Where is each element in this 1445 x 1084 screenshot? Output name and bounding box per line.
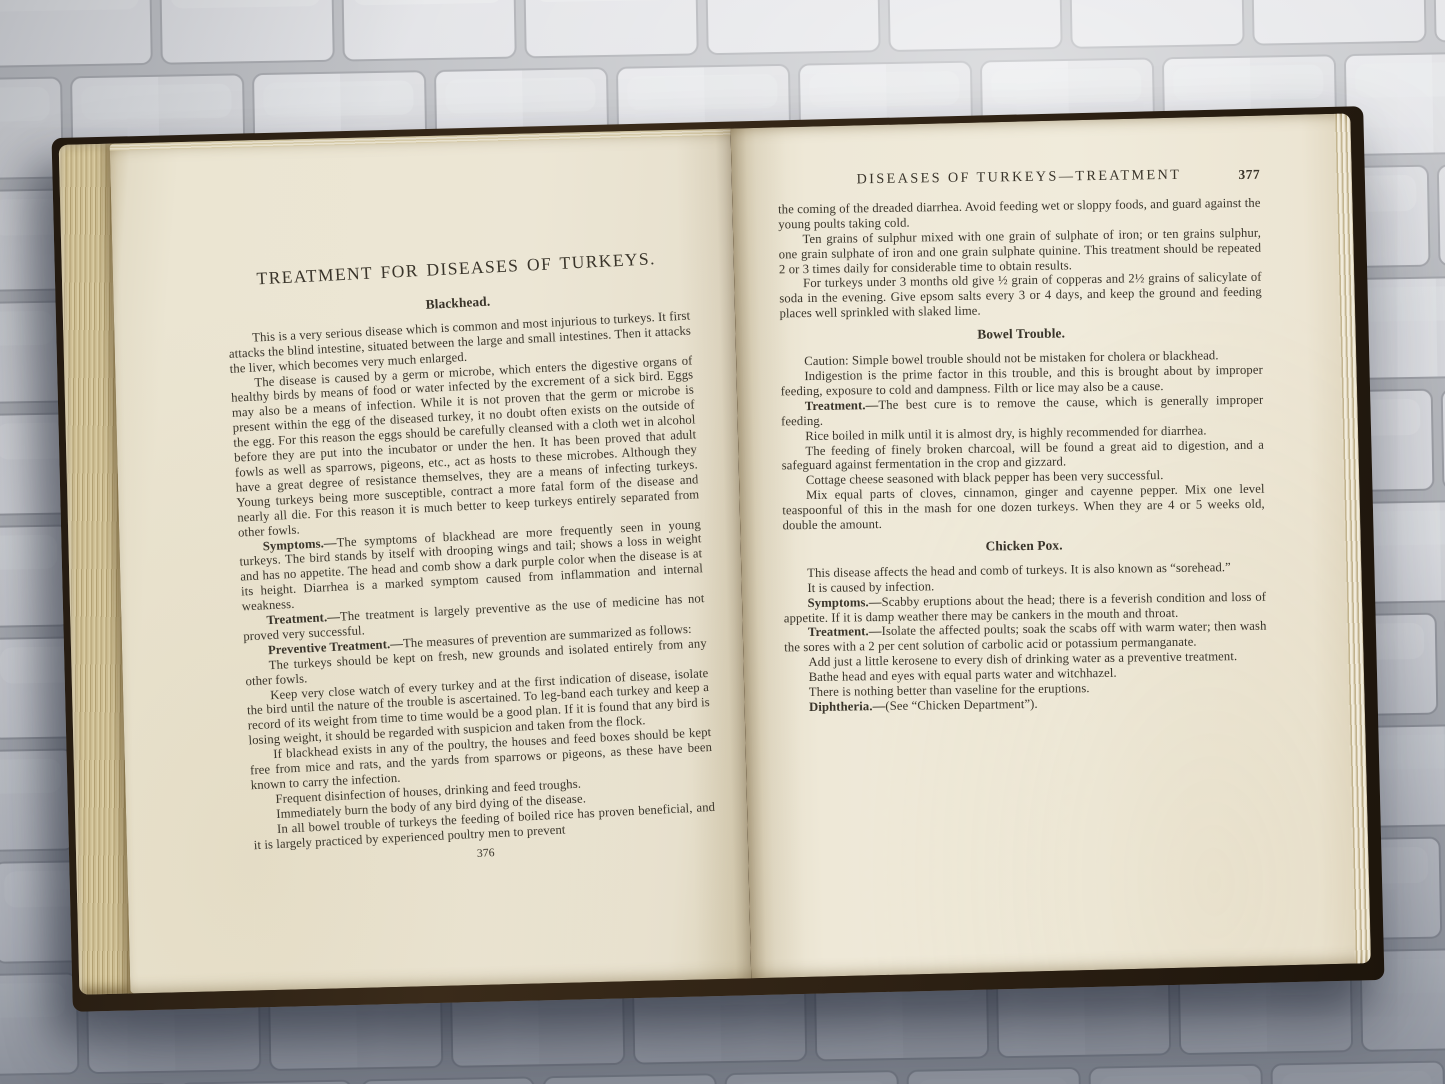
paragraph-text: For turkeys under 3 months old give ½ gr… xyxy=(779,270,1262,321)
section-heading-chicken-pox: Chicken Pox. xyxy=(782,536,1265,558)
paragraph-lead: Treatment.— xyxy=(804,398,878,413)
paragraph-text: It is caused by infection. xyxy=(807,579,934,595)
paragraph: For turkeys under 3 months old give ½ gr… xyxy=(779,270,1262,321)
page-spread: TREATMENT FOR DISEASES OF TURKEYS. Black… xyxy=(110,113,1371,993)
paragraph-text: There is nothing better than vaseline fo… xyxy=(808,681,1089,699)
page-left-text-block: TREATMENT FOR DISEASES OF TURKEYS. Black… xyxy=(225,250,717,873)
paragraph-text: (See “Chicken Department”). xyxy=(885,697,1038,713)
chapter-title: TREATMENT FOR DISEASES OF TURKEYS. xyxy=(225,250,688,288)
paragraph-lead: Symptoms.— xyxy=(807,595,881,610)
running-header-title: DISEASES OF TURKEYS—TREATMENT xyxy=(856,167,1181,188)
page-left: TREATMENT FOR DISEASES OF TURKEYS. Black… xyxy=(110,129,751,994)
paragraph-lead: Treatment.— xyxy=(807,625,881,640)
open-book: TREATMENT FOR DISEASES OF TURKEYS. Black… xyxy=(52,106,1385,1012)
paragraph-text: The disease is caused by a germ or micro… xyxy=(231,353,700,539)
paragraph-lead: Diphtheria.— xyxy=(808,699,884,714)
running-header: DISEASES OF TURKEYS—TREATMENT 377 xyxy=(777,167,1260,189)
paragraph: The disease is caused by a germ or micro… xyxy=(230,353,700,540)
page-right-text-block: DISEASES OF TURKEYS—TREATMENT 377 the co… xyxy=(777,167,1267,716)
page-number-377: 377 xyxy=(1238,168,1260,183)
paragraph: Mix equal parts of cloves, cinnamon, gin… xyxy=(781,482,1264,533)
paragraph-text: Mix equal parts of cloves, cinnamon, gin… xyxy=(782,482,1265,533)
section-heading-bowel-trouble: Bowel Trouble. xyxy=(779,324,1262,346)
page-right: DISEASES OF TURKEYS—TREATMENT 377 the co… xyxy=(730,113,1371,978)
paragraph: Ten grains of sulphur mixed with one gra… xyxy=(778,225,1261,276)
paragraph-text: Ten grains of sulphur mixed with one gra… xyxy=(778,225,1261,276)
